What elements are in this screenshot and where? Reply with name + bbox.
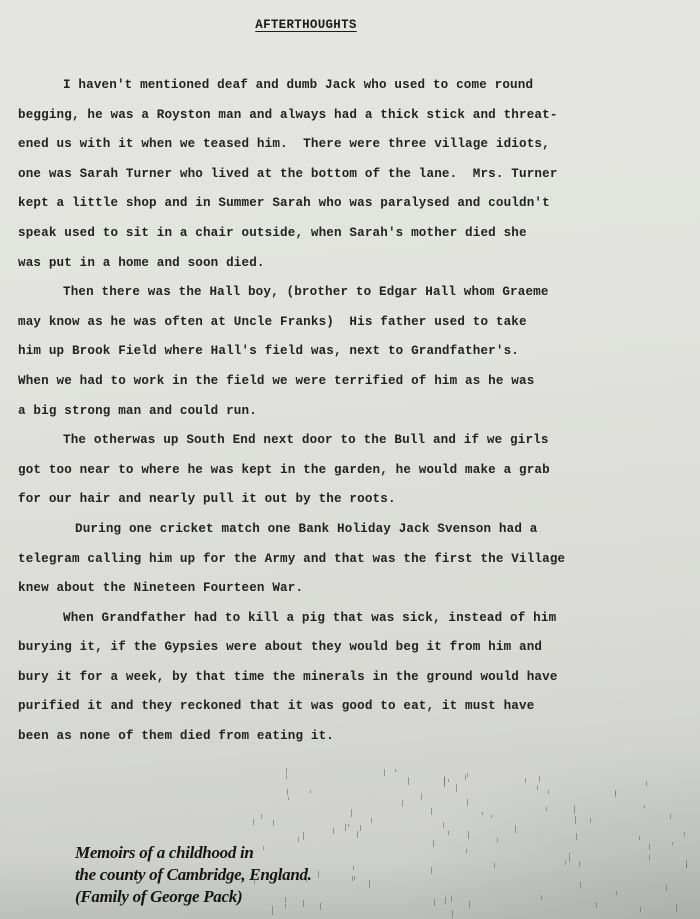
- speck: [261, 814, 262, 819]
- speck: [672, 842, 673, 845]
- speck: [357, 831, 358, 837]
- text-line: one was Sarah Turner who lived at the bo…: [18, 160, 688, 190]
- text-line: purified it and they reckoned that it wa…: [18, 692, 688, 722]
- speck: [467, 799, 468, 806]
- text-line: During one cricket match one Bank Holida…: [18, 515, 688, 545]
- text-line: ened us with it when we teased him. Ther…: [18, 130, 688, 160]
- speck: [456, 784, 457, 792]
- speck: [354, 876, 355, 880]
- speck: [352, 876, 353, 881]
- speck: [451, 896, 452, 903]
- caption-line: Memoirs of a childhood in: [75, 842, 312, 864]
- speck: [579, 861, 580, 867]
- speck: [395, 769, 396, 772]
- text-line: burying it, if the Gypsies were about th…: [18, 633, 688, 663]
- paragraph-5: When Grandfather had to kill a pig that …: [18, 604, 688, 752]
- speck: [596, 902, 597, 908]
- paragraph-4: During one cricket match one Bank Holida…: [18, 515, 688, 604]
- speck: [320, 903, 321, 910]
- speck: [286, 775, 287, 779]
- speck: [590, 818, 591, 823]
- speck: [546, 807, 547, 811]
- speck: [351, 809, 352, 817]
- caption-line: (Family of George Pack): [75, 886, 312, 908]
- text-line: The otherwas up South End next door to t…: [18, 426, 688, 456]
- speck: [539, 776, 540, 782]
- speck: [286, 768, 287, 774]
- speck: [639, 836, 640, 840]
- speck: [616, 891, 617, 895]
- speck: [421, 793, 422, 800]
- speck: [431, 867, 432, 874]
- speck: [541, 895, 542, 899]
- speck: [272, 906, 273, 915]
- speck: [576, 833, 577, 839]
- page-shadow: [380, 739, 700, 919]
- paragraph-1: I haven't mentioned deaf and dumb Jack w…: [18, 71, 688, 278]
- text-line: him up Brook Field where Hall's field wa…: [18, 337, 688, 367]
- text-line: When we had to work in the field we were…: [18, 367, 688, 397]
- speck: [525, 778, 526, 783]
- text-line: was put in a home and soon died.: [18, 249, 688, 279]
- speck: [303, 900, 304, 907]
- speck: [318, 871, 319, 878]
- speck: [448, 831, 449, 836]
- speck: [310, 790, 311, 793]
- speck: [646, 781, 647, 786]
- speck: [569, 853, 570, 862]
- text-line: Then there was the Hall boy, (brother to…: [18, 278, 688, 308]
- speck: [666, 885, 667, 890]
- speck: [575, 816, 576, 825]
- speck: [285, 904, 286, 908]
- paragraph-3: The otherwas up South End next door to t…: [18, 426, 688, 515]
- speck: [676, 904, 677, 912]
- speck: [333, 828, 334, 834]
- caption-line: the county of Cambridge, England.: [75, 864, 312, 886]
- speck: [306, 874, 307, 882]
- speck: [445, 897, 446, 904]
- speck: [360, 825, 361, 831]
- speck: [254, 878, 255, 884]
- speck: [465, 775, 466, 780]
- speck: [402, 800, 403, 807]
- text-line: telegram calling him up for the Army and…: [18, 545, 688, 575]
- speck: [640, 907, 641, 912]
- speck: [263, 846, 264, 851]
- text-line: kept a little shop and in Summer Sarah w…: [18, 189, 688, 219]
- speck: [548, 790, 549, 794]
- speck: [371, 818, 372, 823]
- speck: [684, 832, 685, 836]
- speck: [287, 789, 288, 795]
- speck: [468, 831, 469, 839]
- speck: [285, 897, 286, 904]
- speck: [288, 797, 289, 801]
- text-line: may know as he was often at Uncle Franks…: [18, 308, 688, 338]
- text-line: bury it for a week, by that time the min…: [18, 663, 688, 693]
- text-line: I haven't mentioned deaf and dumb Jack w…: [18, 71, 688, 101]
- speck: [273, 820, 274, 826]
- caption: Memoirs of a childhood in the county of …: [75, 842, 312, 908]
- speck: [298, 837, 299, 842]
- speck: [345, 824, 346, 831]
- speck: [565, 861, 566, 866]
- speck: [497, 838, 498, 842]
- speck: [408, 777, 409, 785]
- speck: [467, 773, 468, 778]
- speck: [253, 819, 254, 826]
- speck: [644, 805, 645, 808]
- speck: [348, 824, 349, 827]
- speck: [431, 808, 432, 816]
- speck: [384, 769, 385, 776]
- speck: [452, 910, 453, 918]
- speck: [369, 880, 370, 888]
- text-line: been as none of them died from eating it…: [18, 722, 688, 752]
- text-line: begging, he was a Royston man and always…: [18, 101, 688, 131]
- text-line: got too near to where he was kept in the…: [18, 456, 688, 486]
- speck: [580, 882, 581, 888]
- text-line: for our hair and nearly pull it out by t…: [18, 485, 688, 515]
- document-title: AFTERTHOUGHTS: [0, 18, 612, 32]
- speck: [494, 863, 495, 868]
- document-page: AFTERTHOUGHTS I haven't mentioned deaf a…: [0, 0, 700, 919]
- typed-body: I haven't mentioned deaf and dumb Jack w…: [18, 71, 688, 752]
- speck: [491, 815, 492, 819]
- text-line: a big strong man and could run.: [18, 397, 688, 427]
- speck: [466, 849, 467, 853]
- speck: [448, 779, 449, 782]
- text-line: When Grandfather had to kill a pig that …: [18, 604, 688, 634]
- speck: [515, 825, 516, 833]
- text-line: speak used to sit in a chair outside, wh…: [18, 219, 688, 249]
- speck: [574, 805, 575, 814]
- text-line: knew about the Nineteen Fourteen War.: [18, 574, 688, 604]
- speck: [303, 832, 304, 841]
- speck: [434, 899, 435, 905]
- speck: [443, 822, 444, 828]
- speck: [482, 812, 483, 815]
- speck: [670, 814, 671, 820]
- paragraph-2: Then there was the Hall boy, (brother to…: [18, 278, 688, 426]
- speck: [433, 840, 434, 847]
- speck: [615, 792, 616, 797]
- speck: [537, 785, 538, 789]
- speck: [649, 855, 650, 860]
- speck: [353, 866, 354, 870]
- speck: [469, 901, 470, 908]
- speck: [444, 776, 445, 785]
- speck: [649, 844, 650, 850]
- speck: [686, 864, 687, 868]
